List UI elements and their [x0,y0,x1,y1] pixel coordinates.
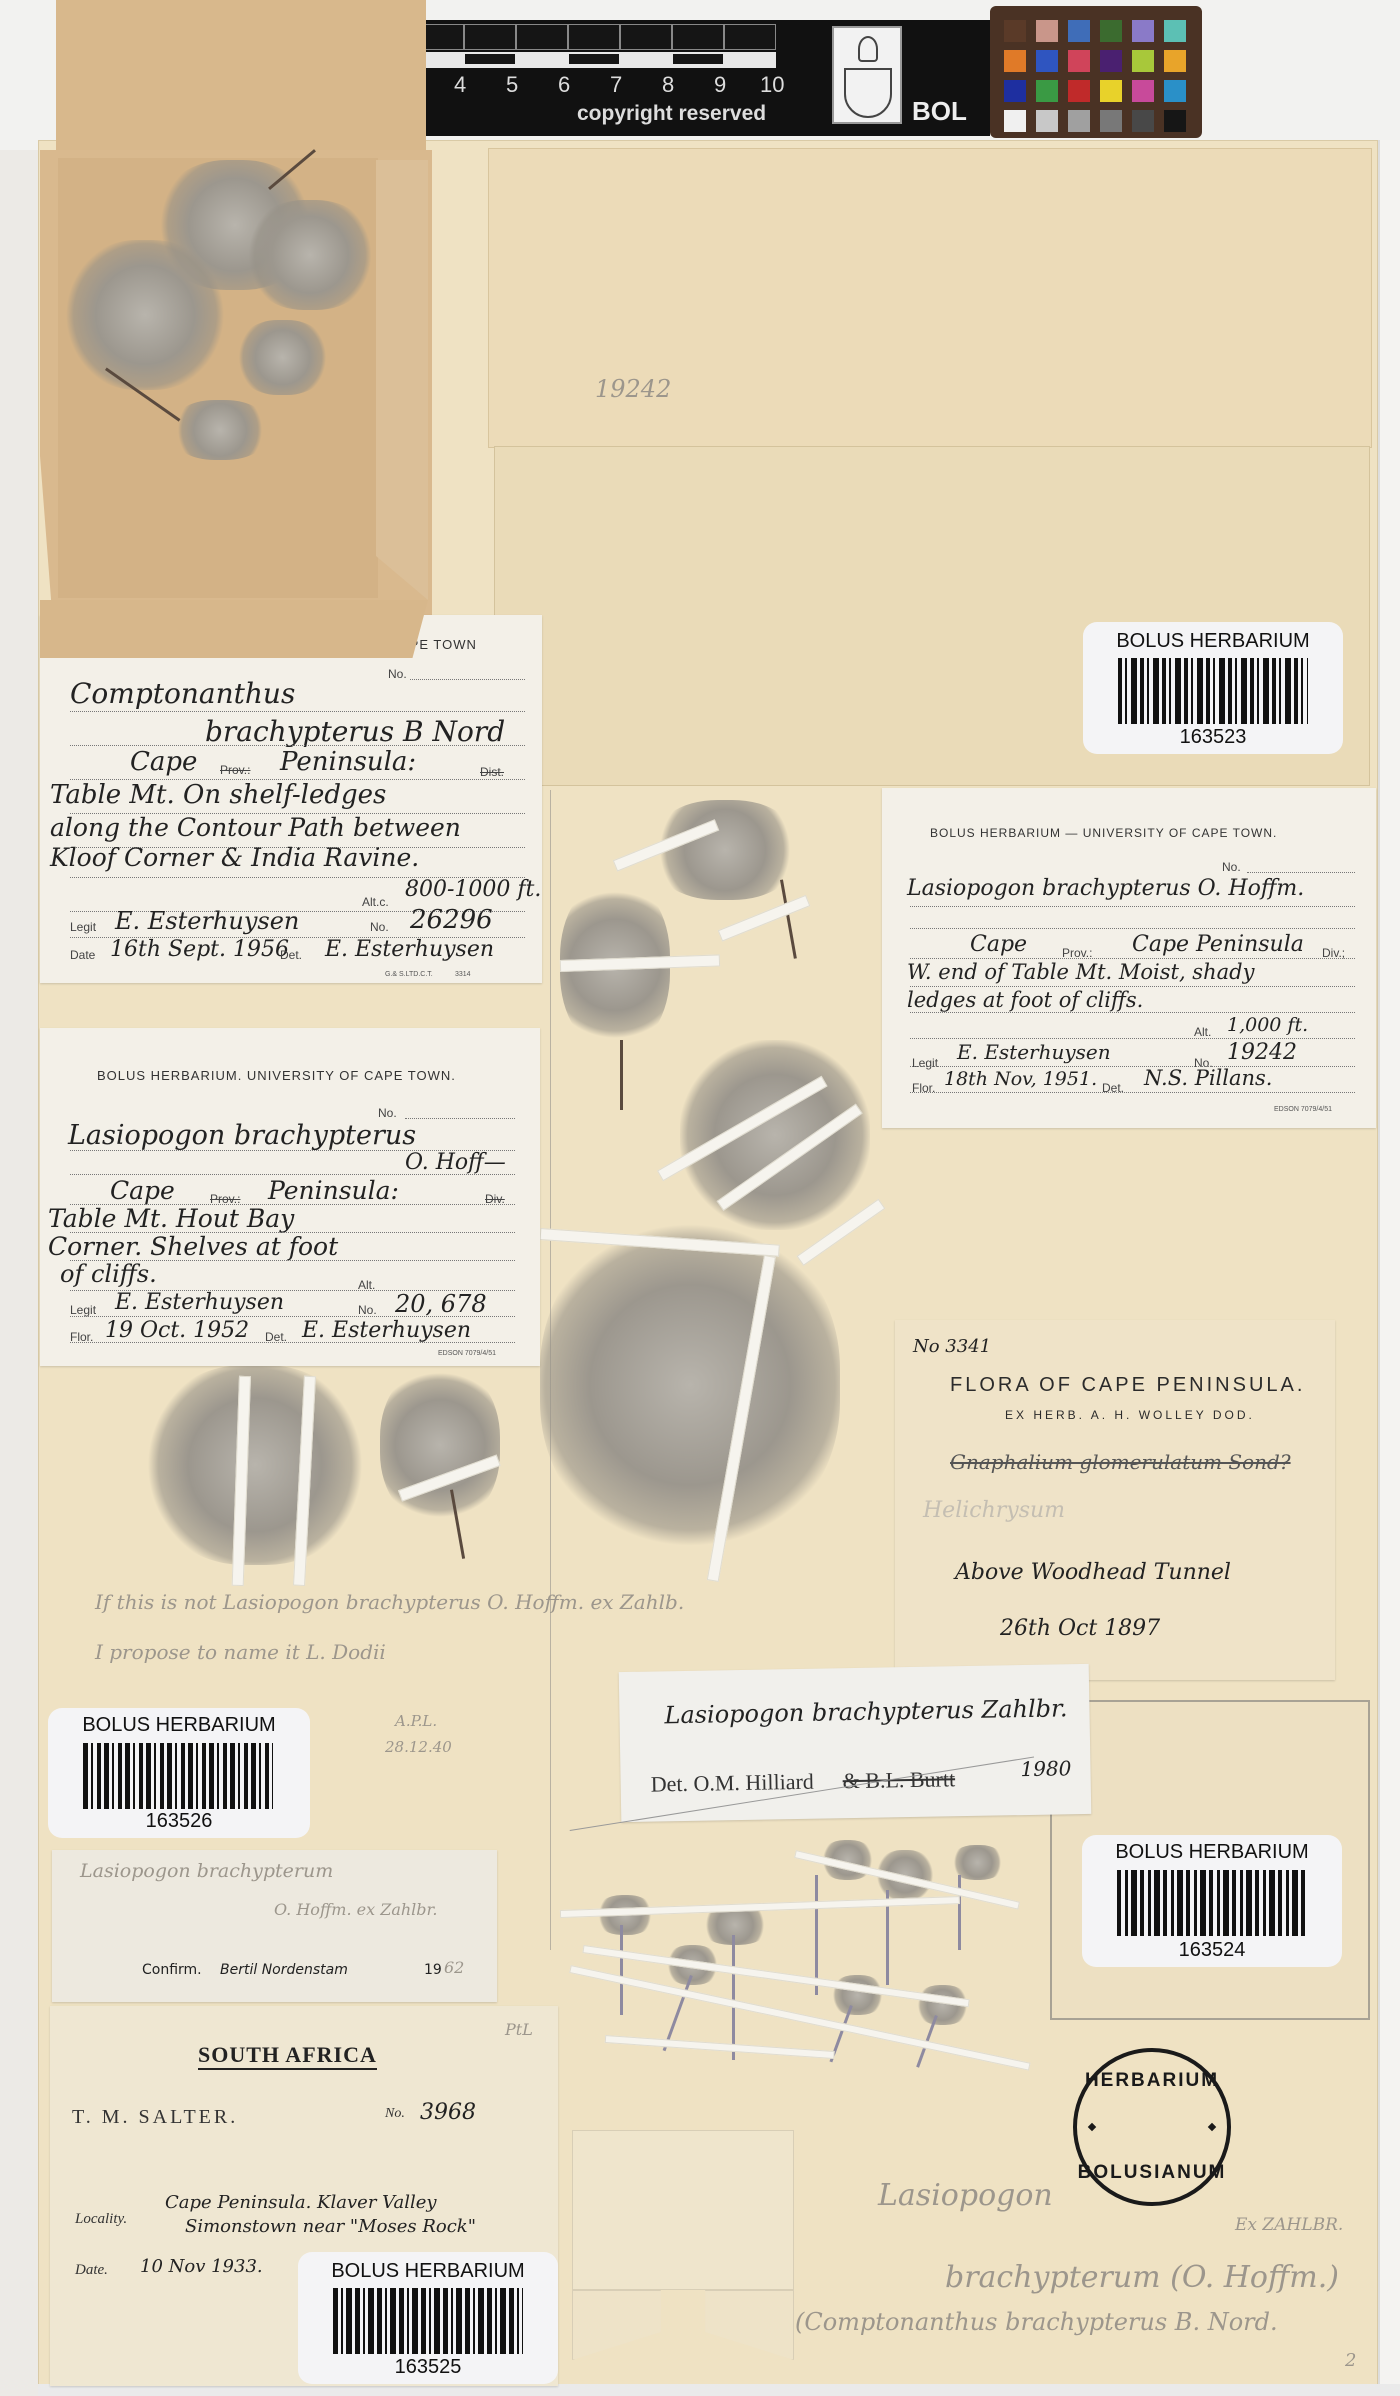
ruler-black-block [465,54,515,64]
packet-side-flap [376,160,428,600]
no-label: No. [388,667,407,681]
collection-label-esterhuysen-19242: BOLUS HERBARIUM — UNIVERSITY OF CAPE TOW… [882,788,1376,1128]
barcode-label-163524: BOLUS HERBARIUM 163524 [1082,1835,1342,1967]
barcode-label-163523: BOLUS HERBARIUM 163523 [1083,622,1343,754]
color-swatch [1036,110,1058,132]
university-crest-icon [832,26,902,124]
alt-label: Alt.c. [362,895,389,909]
barcode-number: 163526 [48,1810,310,1833]
pencil-species: brachypterum (O. Hoffm.) [945,2260,1339,2295]
color-swatch [1100,80,1122,102]
plant-fragment [235,320,330,395]
number-value: 26296 [410,905,493,935]
prov-value: Cape [110,1176,175,1205]
color-swatch [1164,80,1186,102]
confirm-taxon-line-1: Lasiopogon brachypterum [80,1860,333,1882]
ruler-number: 10 [760,72,784,98]
barcode-number: 163523 [1083,726,1343,749]
barcode-bars [1117,1870,1307,1936]
color-swatch [1132,80,1154,102]
plant-specimen [540,1220,840,1550]
locality-label: Locality. [75,2211,127,2228]
alt-value: 800-1000 ft. [405,877,541,902]
ruler-number: 6 [558,72,570,98]
number-value: 3968 [420,2100,476,2125]
taxon-line-1: Lasiopogon brachypterus [68,1120,416,1151]
plant-specimen [680,1040,870,1230]
locality: Above Woodhead Tunnel [955,1560,1231,1585]
collection-label-esterhuysen-20678: BOLUS HERBARIUM. UNIVERSITY OF CAPE TOWN… [40,1028,540,1366]
number-label: No. [370,920,389,934]
det-value: N.S. Pillans. [1144,1066,1272,1090]
stem [732,1935,735,2060]
dist-label: Dist. [480,765,504,779]
color-swatch [1036,20,1058,42]
printer-mark: EDSON 7079/4/51 [438,1350,496,1357]
barcode-title: BOLUS HERBARIUM [298,2260,558,2283]
color-swatch [1164,110,1186,132]
printer-mark: G.& S.LTD.C.T. [385,971,433,978]
pencil-ex-zahlbr: Ex ZAHLBR. [1235,2215,1343,2235]
legit-label: Legit [70,920,96,934]
barcode-bars [333,2288,523,2354]
locality-line-2: Simonstown near "Moses Rock" [185,2216,476,2237]
stamp-bottom-text: BOLUSIANUM [1077,2162,1227,2184]
number-label: No. [385,2106,405,2122]
barcode-bars [83,1743,273,1809]
ruler-segment [724,24,776,50]
stamp-top-text: HERBARIUM [1077,2070,1227,2092]
ruler-black-block [673,54,723,64]
barcode-title: BOLUS HERBARIUM [48,1714,310,1737]
sheet-number: 2 [1345,2350,1356,2371]
color-swatch [1132,110,1154,132]
country-heading: SOUTH AFRICA [198,2042,377,2070]
taxon-struck: Gnaphalium glomerulatum Sond? [950,1450,1291,1474]
lamp-icon [858,36,878,62]
color-swatch [1164,50,1186,72]
locality-line-1: W. end of Table Mt. Moist, shady [907,960,1254,984]
number-label: No. [358,1303,377,1317]
color-swatch [1132,20,1154,42]
confirm-year-suffix: 62 [444,1958,464,1977]
locality-line-2: ledges at foot of cliffs. [907,988,1143,1012]
taxon-pencil: Helichrysum [923,1498,1065,1523]
envelope-top: 19242 [488,148,1372,448]
institution-code: BOL [912,96,967,127]
packet-top-flap [56,0,426,170]
sheet-annotation-line-1: If this is not Lasiopogon brachypterus O… [95,1590,684,1614]
barcode-label-163525: BOLUS HERBARIUM 163525 [298,2252,558,2384]
corner-mark: PtL [505,2020,533,2039]
barcode-number: 163524 [1082,1939,1342,1962]
date-label: Date. [75,2262,108,2279]
legit-label: Legit [912,1056,938,1070]
color-swatch [1068,80,1090,102]
ruler-segment [620,24,672,50]
color-swatch [1100,20,1122,42]
sheet-annotation-date: 28.12.40 [385,1738,452,1756]
prov-label: Prov.: [220,763,250,777]
no-label: No. [1222,860,1241,874]
div-value: Peninsula: [268,1176,399,1205]
confirm-name: Bertil Nordenstam [220,1962,348,1978]
ruler-segment [568,24,620,50]
plant-fragment [170,400,270,460]
plant-specimen [650,800,800,900]
collector-name: T. M. SALTER. [72,2106,238,2129]
date-label: Date [70,948,95,962]
locality-line-3: of cliffs. [60,1260,157,1288]
taxon-line-1: Comptonanthus [70,677,295,710]
div-value: Peninsula: [280,747,416,777]
date-value: 16th Sept. 1956 [110,937,289,962]
color-swatch [1132,50,1154,72]
flor-value: 19 Oct. 1952 [105,1318,249,1343]
prov-value: Cape [970,932,1027,957]
no-label: No. [378,1106,397,1120]
herbarium-bolusianum-stamp: HERBARIUM BOLUSIANUM [1073,2048,1231,2206]
label-header: BOLUS HERBARIUM. UNIVERSITY OF CAPE TOWN… [97,1068,456,1083]
barcode-number: 163525 [298,2356,558,2379]
prov-value: Cape [130,747,197,777]
scale-ruler: 4 5 6 7 8 9 10 copyright reserved BOL [412,20,990,136]
ruler-number: 9 [714,72,726,98]
plant-fragment [65,240,225,390]
collection-date: 26th Oct 1897 [1000,1616,1160,1641]
confirm-label: Confirm. [142,1962,202,1978]
ruler-segment [672,24,724,50]
taxon-line-2: brachypterus B Nord [205,715,505,748]
ruler-number: 5 [506,72,518,98]
stem [958,1875,961,1950]
stamp-diamond-icon [1088,2123,1096,2131]
alt-value: 1,000 ft. [1227,1014,1308,1036]
pencil-number: 19242 [595,375,671,403]
ruler-number: 4 [454,72,466,98]
plant-specimen [380,1365,500,1525]
barcode-title: BOLUS HERBARIUM [1083,630,1343,653]
det-taxon: Lasiopogon brachypterus Zahlbr. [664,1694,1067,1729]
pencil-synonym: (Comptonanthus brachypterus B. Nord. [795,2308,1278,2336]
legit-value: E. Esterhuysen [115,1290,284,1315]
number-value: 19242 [1227,1040,1297,1065]
locality-line-1: Table Mt. Hout Bay [48,1204,294,1233]
ruler-segment [464,24,516,50]
sheet-annotation-line-2: I propose to name it L. Dodii [95,1640,386,1664]
sheet-right-edge [1378,140,1400,2396]
plant-fragment [245,200,375,310]
label-header: BOLUS HERBARIUM — UNIVERSITY OF CAPE TOW… [930,826,1277,840]
legit-value: E. Esterhuysen [957,1040,1111,1064]
color-swatch [1100,50,1122,72]
number-value: 20, 678 [395,1290,487,1318]
label-title: FLORA OF CAPE PENINSULA. [950,1374,1305,1397]
shield-icon [844,68,892,118]
date-value: 10 Nov 1933. [140,2256,263,2277]
color-swatch [1068,20,1090,42]
locality-line-1: Table Mt. On shelf-ledges [50,780,386,810]
color-calibration-chart [990,6,1202,138]
locality-line-2: along the Contour Path between [50,813,461,842]
legit-value: E. Esterhuysen [115,907,299,935]
taxon-line-2: O. Hoff— [405,1150,506,1175]
stamp-diamond-icon [1208,2123,1216,2131]
color-swatch [1068,110,1090,132]
printer-code: 3314 [455,971,471,978]
confirm-taxon-line-2: O. Hoffm. ex Zahlbr. [274,1900,438,1919]
root [620,1040,623,1110]
confirmation-label-nordenstam: Lasiopogon brachypterum O. Hoffm. ex Zah… [52,1850,497,2002]
confirm-year-prefix: 19 [424,1962,442,1978]
collection-label-wolley-dod: No 3341 FLORA OF CAPE PENINSULA. EX HERB… [895,1320,1335,1680]
color-swatch [1036,50,1058,72]
ruler-number: 8 [662,72,674,98]
small-envelope [572,2130,794,2290]
color-swatch [1036,80,1058,102]
locality-line-2: Corner. Shelves at foot [48,1232,338,1261]
div-value: Cape Peninsula [1132,932,1304,957]
det-value: E. Esterhuysen [325,937,494,962]
taxon: Lasiopogon brachypterus O. Hoffm. [907,876,1304,901]
collection-label-esterhuysen-26296: APE TOWN No. Comptonanthus brachypterus … [40,615,542,983]
color-swatch [1100,110,1122,132]
locality-line-3: Kloof Corner & India Ravine. [50,843,419,872]
color-swatch [1004,20,1026,42]
ruler-black-block [569,54,619,64]
barcode-label-163526: BOLUS HERBARIUM 163526 [48,1708,310,1838]
packet-bottom-flap-overlap [40,600,428,658]
specimen-number: No 3341 [913,1336,991,1357]
ruler-segment [516,24,568,50]
color-swatch [1004,110,1026,132]
barcode-bars [1118,658,1308,724]
alt-label: Alt. [1194,1025,1211,1039]
legit-label: Legit [70,1303,96,1317]
label-subtitle: EX HERB. A. H. WOLLEY DOD. [1005,1408,1255,1422]
flor-value: 18th Nov, 1951. [944,1068,1097,1090]
stem [620,1925,623,2015]
pencil-genus: Lasiopogon [878,2178,1053,2213]
plant-specimen [145,1365,365,1565]
barcode-title: BOLUS HERBARIUM [1082,1841,1342,1864]
locality-line-1: Cape Peninsula. Klaver Valley [165,2192,437,2213]
color-swatch [1164,20,1186,42]
color-swatch [1004,80,1026,102]
determination-label-hilliard: Lasiopogon brachypterus Zahlbr. Det. O.M… [619,1664,1092,1822]
det-label: Det. [280,948,302,962]
color-swatch [1068,50,1090,72]
ruler-number: 7 [610,72,622,98]
det-prefix: Det. O.M. Hilliard [650,1769,814,1798]
det-value: E. Esterhuysen [302,1318,471,1343]
color-swatch [1004,50,1026,72]
sheet-annotation-initials: A.P.L. [395,1712,437,1730]
printer-mark: EDSON 7079/4/51 [1274,1106,1332,1113]
copyright-text: copyright reserved [577,102,766,126]
